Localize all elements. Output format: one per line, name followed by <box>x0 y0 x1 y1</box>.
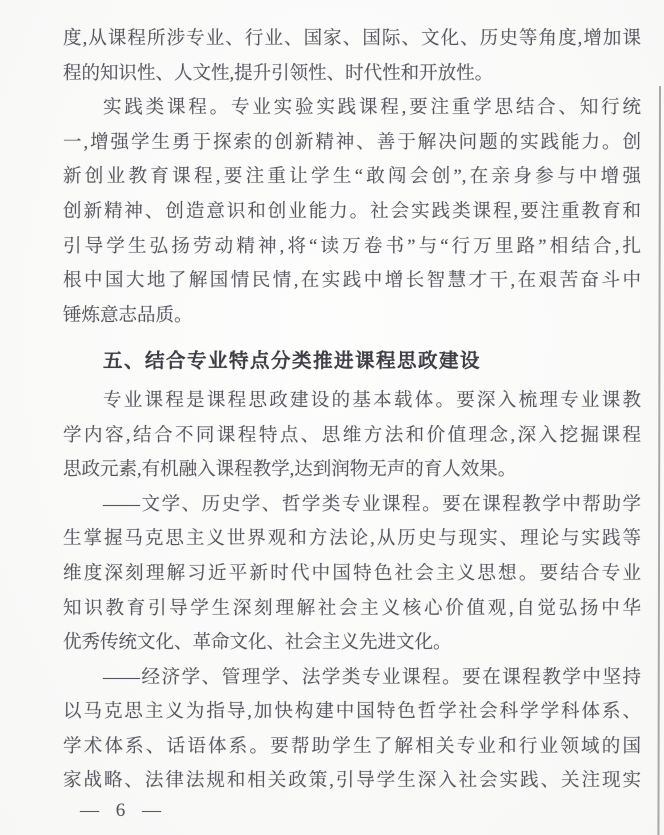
text-line: ——经济学、管理学、法学类专业课程。要在课程教学中坚持 <box>63 661 641 696</box>
text-line: ——文学、历史学、哲学类专业课程。要在课程教学中帮助学 <box>63 488 641 523</box>
text-block: 度,从课程所涉专业、行业、国家、国际、文化、历史等角度,增加课程的知识性、人文性… <box>63 22 641 799</box>
text-line: 优秀传统文化、革命文化、社会主义先进文化。 <box>63 626 641 661</box>
text-line: 学术体系、话语体系。要帮助学生了解相关专业和行业领域的国 <box>63 730 641 765</box>
text-line: 程的知识性、人文性,提升引领性、时代性和开放性。 <box>63 57 641 92</box>
text-line: 家战略、法律法规和相关政策,引导学生深入社会实践、关注现实 <box>63 764 641 799</box>
text-line: 创新精神、创造意识和创业能力。社会实践类课程,要注重教育和 <box>63 195 641 230</box>
text-line: 实践类课程。专业实验实践课程,要注重学思结合、知行统 <box>63 91 641 126</box>
text-line: 根中国大地了解国情民情,在实践中增长智慧才干,在艰苦奋斗中 <box>63 264 641 299</box>
scan-edge-line <box>657 86 661 835</box>
text-line: 以马克思主义为指导,加快构建中国特色哲学社会科学学科体系、 <box>63 695 641 730</box>
text-line: 学内容,结合不同课程特点、思维方法和价值理念,深入挖掘课程 <box>63 419 641 454</box>
text-line: 知识教育引导学生深刻理解社会主义核心价值观,自觉弘扬中华 <box>63 592 641 627</box>
text-line: 一,增强学生勇于探索的创新精神、善于解决问题的实践能力。创 <box>63 126 641 161</box>
text-line: 新创业教育课程,要注重让学生“敢闯会创”,在亲身参与中增强 <box>63 160 641 195</box>
text-line: 度,从课程所涉专业、行业、国家、国际、文化、历史等角度,增加课 <box>63 22 641 57</box>
text-line: 锤炼意志品质。 <box>63 299 641 334</box>
section-heading: 五、结合专业特点分类推进课程思政建设 <box>63 344 641 379</box>
text-line: 引导学生弘扬劳动精神,将“读万卷书”与“行万里路”相结合,扎 <box>63 230 641 265</box>
page-number: — 6 — <box>80 800 167 822</box>
text-line: 生掌握马克思主义世界观和方法论,从历史与现实、理论与实践等 <box>63 522 641 557</box>
text-line: 思政元素,有机融入课程教学,达到润物无声的育人效果。 <box>63 453 641 488</box>
scanned-document-page: 度,从课程所涉专业、行业、国家、国际、文化、历史等角度,增加课程的知识性、人文性… <box>0 0 664 835</box>
text-line: 维度深刻理解习近平新时代中国特色社会主义思想。要结合专业 <box>63 557 641 592</box>
text-line: 专业课程是课程思政建设的基本载体。要深入梳理专业课教 <box>63 384 641 419</box>
